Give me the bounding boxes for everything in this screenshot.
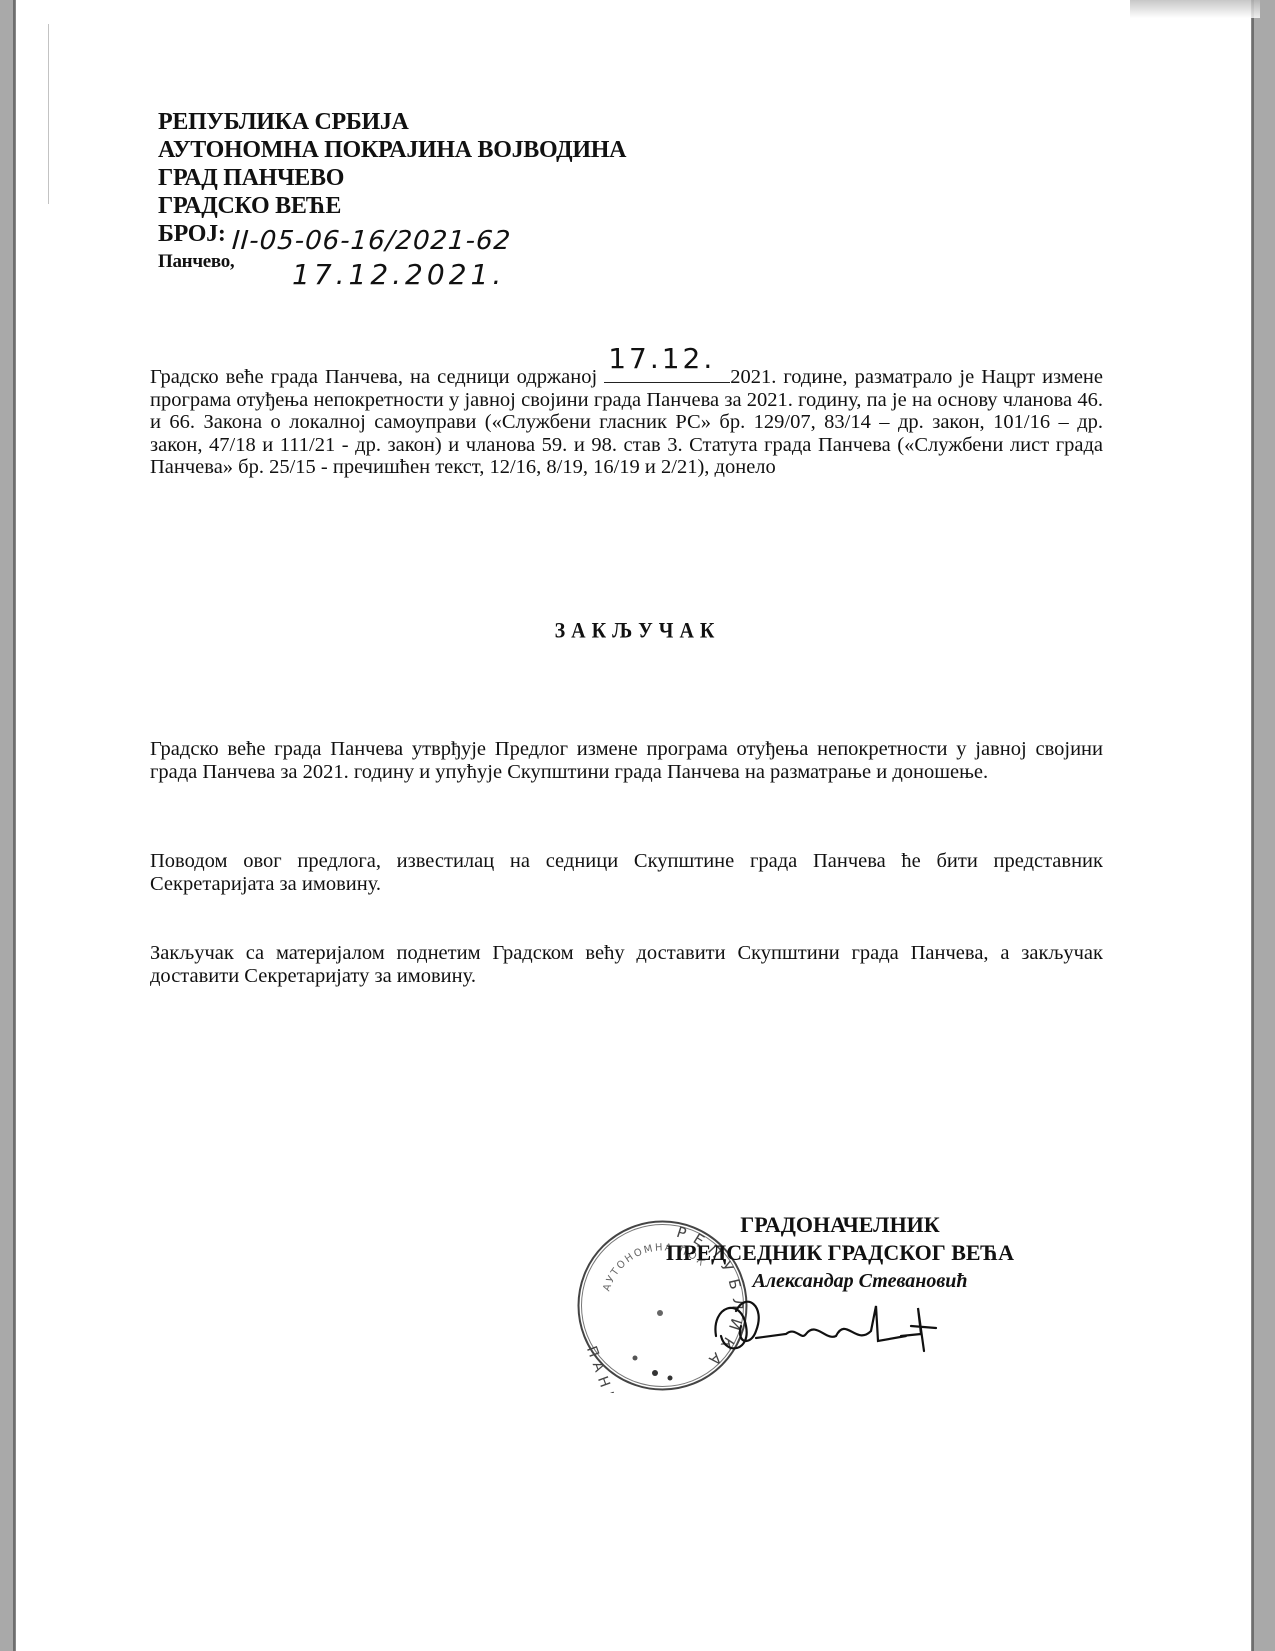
scan-margin-line	[48, 24, 49, 204]
letterhead-country: РЕПУБЛИКА СРБИЈА	[158, 108, 626, 136]
body-paragraph-3: Закључак са материјалом поднетим Градско…	[150, 942, 1103, 987]
intro-text-before: Градско веће града Панчева, на седници о…	[150, 366, 597, 388]
signature-block: ГРАДОНАЧЕЛНИК ПРЕДСЕДНИК ГРАДСКОГ ВЕЋА А…	[620, 1211, 1060, 1295]
letterhead-province: АУТОНОМНА ПОКРАЈИНА ВОЈВОДИНА	[158, 136, 626, 164]
signatory-name: Александар Стевановић	[660, 1267, 1060, 1295]
intro-paragraph: Градско веће града Панчева, на седници о…	[150, 364, 1103, 479]
body-paragraph-1: Градско веће града Панчева утврђује Пред…	[150, 738, 1103, 783]
scan-edge-left	[13, 0, 16, 1651]
body-paragraph-2: Поводом овог предлога, известилац на сед…	[150, 850, 1103, 895]
svg-text:ПАНЧЕВО: ПАНЧЕВО	[583, 1344, 636, 1393]
signatory-title-president: ПРЕДСЕДНИК ГРАДСКОГ ВЕЋА	[620, 1239, 1060, 1267]
handwritten-signature-icon	[706, 1296, 966, 1356]
date-fill-line: 17.12.	[604, 364, 730, 383]
letterhead-city: ГРАД ПАНЧЕВО	[158, 164, 626, 192]
scan-edge-right	[1251, 0, 1254, 1651]
handwritten-date: 17.12.2021.	[292, 258, 505, 291]
handwritten-document-number: II-05-06-16/2021-62	[231, 226, 512, 256]
signatory-title-mayor: ГРАДОНАЧЕЛНИК	[620, 1211, 1060, 1239]
handwritten-session-date: 17.12.	[608, 348, 715, 371]
document-title: ЗАКЉУЧАК	[0, 619, 1275, 644]
letterhead-council: ГРАДСКО ВЕЋЕ	[158, 192, 626, 220]
scan-smudge	[1130, 0, 1260, 18]
